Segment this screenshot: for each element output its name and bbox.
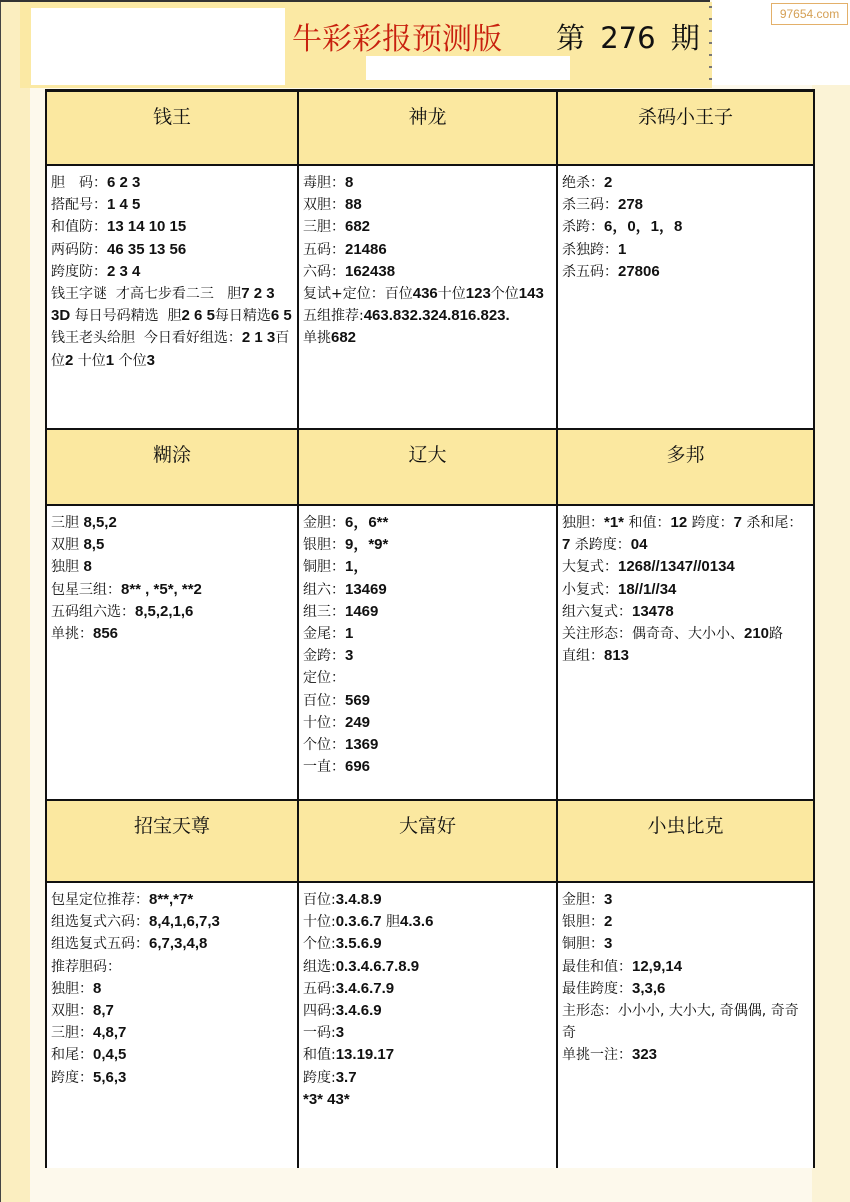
item-value: 8** , *5*, **2: [121, 581, 202, 598]
item-value: 12,9,14: [632, 958, 682, 975]
item-value: 3.4.8.9: [336, 891, 382, 908]
watermark: 97654.com: [771, 3, 848, 25]
list-item: 毒胆：8: [303, 172, 552, 194]
item-label: 小复式：: [562, 582, 618, 598]
list-item: 六码：162438: [303, 261, 552, 283]
item-value: 3: [147, 352, 155, 369]
item-label: 绝杀：: [562, 175, 604, 191]
list-item: 组选:0.3.4.6.7.8.9: [303, 956, 552, 978]
item-value: 3,3,6: [632, 980, 665, 997]
prediction-grid: 钱王 神龙 杀码小王子 胆 码：6 2 3搭配号：1 4 5和值防：13 14 …: [45, 89, 815, 1168]
list-item: 个位：1369: [303, 734, 552, 756]
item-label: 十位: [438, 286, 466, 302]
item-label: 胆 码：: [51, 175, 107, 191]
section-header-duobang: 多邦: [557, 429, 814, 505]
issue-number: 第 276 期: [556, 16, 700, 57]
item-value: *3* 43*: [303, 1091, 350, 1108]
list-item: 银胆：9，*9*: [303, 534, 552, 556]
item-value: 8: [83, 558, 91, 575]
item-label: 跨度:: [303, 1070, 336, 1086]
section-body: 金胆：6，6**银胆：9，*9*铜胆：1，组六：13469组三：1469金尾：1…: [298, 505, 557, 800]
item-label: 一直：: [303, 759, 345, 775]
section-header-dafuhao: 大富好: [298, 800, 557, 882]
item-label: 杀三码：: [562, 197, 618, 213]
list-item: 和尾：0,4,5: [51, 1044, 293, 1066]
item-value: 3.7: [336, 1069, 357, 1086]
item-value: 3: [604, 891, 612, 908]
section-header-hutu: 糊涂: [46, 429, 298, 505]
item-label: 杀五码：: [562, 264, 618, 280]
item-label: 大复式：: [562, 559, 618, 575]
item-label: 金跨：: [303, 648, 345, 664]
item-label: 搭配号：: [51, 197, 107, 213]
item-label: 银胆：: [303, 537, 345, 553]
list-item: 推荐胆码：: [51, 956, 293, 978]
section-header-zhaobaotianzun: 招宝天尊: [46, 800, 298, 882]
item-value: 2: [604, 913, 612, 930]
item-label: 钱王字谜 才高七步看二三 胆: [51, 286, 241, 302]
list-item: 独胆 8: [51, 556, 293, 578]
item-label: 百位：: [303, 693, 345, 709]
list-item: 3D 每日号码精选 胆2 6 5每日精选6 5: [51, 305, 293, 327]
item-label: 独胆：: [562, 515, 604, 531]
item-label: 最佳跨度：: [562, 981, 632, 997]
item-value: 162438: [345, 263, 395, 280]
item-value: 2 1 3: [242, 329, 275, 346]
list-item: 和值:13.19.17: [303, 1044, 552, 1066]
list-item: 百位:3.4.8.9: [303, 889, 552, 911]
list-item: 包星定位推荐：8**,*7*: [51, 889, 293, 911]
item-value: 569: [345, 692, 370, 709]
item-label: 金胆：: [562, 892, 604, 908]
item-value: 13.19.17: [336, 1046, 394, 1063]
page-margin-right: [812, 85, 850, 1202]
item-value: 8,5,2: [83, 514, 116, 531]
item-value: 2 3 4: [107, 263, 140, 280]
item-value: 8**,*7*: [149, 891, 193, 908]
item-value: 123: [466, 285, 491, 302]
item-label: 和值:: [303, 1047, 336, 1063]
list-item: 三胆 8,5,2: [51, 512, 293, 534]
item-label: 组选复式五码：: [51, 936, 149, 952]
item-value: 8,7: [93, 1002, 114, 1019]
list-item: 个位:3.5.6.9: [303, 933, 552, 955]
item-value: 143: [519, 285, 544, 302]
item-label: 个位: [491, 286, 519, 302]
item-value: 1: [618, 241, 626, 258]
list-item: 三胆：682: [303, 216, 552, 238]
item-value: 463.832.324.816.823.: [364, 307, 510, 324]
item-value: 9，*9*: [345, 536, 388, 553]
item-value: 682: [331, 329, 356, 346]
item-label: 杀独跨：: [562, 242, 618, 258]
item-label: 跨度：: [51, 1070, 93, 1086]
list-item: 绝杀：2: [562, 172, 809, 194]
item-label: 铜胆：: [562, 936, 604, 952]
section-body: 金胆：3银胆：2铜胆：3最佳和值：12,9,14最佳跨度：3,3,6主形态：小小…: [557, 882, 814, 1168]
item-label: 两码防：: [51, 242, 107, 258]
item-value: 13 14 10 15: [107, 218, 186, 235]
list-item: 跨度防：2 3 4: [51, 261, 293, 283]
list-item: 十位:0.3.6.7 胆4.3.6: [303, 911, 552, 933]
item-value: 6，6**: [345, 514, 388, 531]
item-label: 组三：: [303, 604, 345, 620]
item-label: 十位：: [303, 715, 345, 731]
item-label: 杀跨：: [562, 219, 604, 235]
item-label: 直组：: [562, 648, 604, 664]
section-body: 胆 码：6 2 3搭配号：1 4 5和值防：13 14 10 15两码防：46 …: [46, 165, 298, 429]
item-value: 3: [336, 1024, 344, 1041]
list-item: 独胆：*1* 和值：12 跨度：7 杀和尾：7 杀跨度：04: [562, 512, 809, 556]
item-value: 13478: [632, 603, 674, 620]
item-value: 6 5: [271, 307, 292, 324]
item-value: 3.4.6.9: [336, 1002, 382, 1019]
item-label: 单挑一注：: [562, 1047, 632, 1063]
list-item: 跨度:3.7: [303, 1067, 552, 1089]
item-label: 十位: [73, 353, 105, 369]
item-label: 单挑：: [51, 626, 93, 642]
item-value: 46 35 13 56: [107, 241, 186, 258]
list-item: 直组：813: [562, 645, 809, 667]
list-item: 杀跨：6，0，1，8: [562, 216, 809, 238]
section-header-liaoda: 辽大: [298, 429, 557, 505]
item-value: *1*: [604, 514, 624, 531]
list-item: 一码:3: [303, 1022, 552, 1044]
section-body: 百位:3.4.8.9十位:0.3.6.7 胆4.3.6个位:3.5.6.9组选:…: [298, 882, 557, 1168]
item-label: 跨度防：: [51, 264, 107, 280]
item-value: 8,5,2,1,6: [135, 603, 193, 620]
item-label: 主形态：小小小, 大小大, 奇偶偶, 奇奇奇: [562, 1003, 799, 1041]
list-item: 百位：569: [303, 690, 552, 712]
item-value: 3D: [51, 307, 70, 324]
list-item: 最佳和值：12,9,14: [562, 956, 809, 978]
list-item: 钱王字谜 才高七步看二三 胆7 2 3: [51, 283, 293, 305]
list-item: 组选复式五码：6,7,3,4,8: [51, 933, 293, 955]
list-item: 五码：21486: [303, 239, 552, 261]
item-label: 四码:: [303, 1003, 336, 1019]
item-label: 金胆：: [303, 515, 345, 531]
list-item: 最佳跨度：3,3,6: [562, 978, 809, 1000]
item-label: 银胆：: [562, 914, 604, 930]
list-item: 铜胆：3: [562, 933, 809, 955]
item-label: 个位: [114, 353, 146, 369]
section-header-shenlong: 神龙: [298, 91, 557, 166]
item-label: 个位:: [303, 936, 336, 952]
item-label: 和尾：: [51, 1047, 93, 1063]
item-label: 包星定位推荐：: [51, 892, 149, 908]
item-value: 682: [345, 218, 370, 235]
list-item: 主形态：小小小, 大小大, 奇偶偶, 奇奇奇: [562, 1000, 809, 1044]
list-item: 金尾：1: [303, 623, 552, 645]
item-value: 0,4,5: [93, 1046, 126, 1063]
item-label: 复试+定位：百位: [303, 286, 413, 302]
list-item: 两码防：46 35 13 56: [51, 239, 293, 261]
item-value: 1: [106, 352, 114, 369]
item-label: 和值防：: [51, 219, 107, 235]
item-label: 组六：: [303, 582, 345, 598]
item-value: 696: [345, 758, 370, 775]
item-value: 3.4.6.7.9: [336, 980, 394, 997]
list-item: 组选复式六码：8,4,1,6,7,3: [51, 911, 293, 933]
item-value: 13469: [345, 581, 387, 598]
item-value: 5,6,3: [93, 1069, 126, 1086]
list-item: 杀五码：27806: [562, 261, 809, 283]
item-label: 每日精选: [215, 308, 271, 324]
item-value: 436: [413, 285, 438, 302]
item-value: 249: [345, 714, 370, 731]
list-item: 金胆：6，6**: [303, 512, 552, 534]
item-value: 4,8,7: [93, 1024, 126, 1041]
banner-blank-area: [31, 8, 285, 85]
item-value: 813: [604, 647, 629, 664]
section-body: 包星定位推荐：8**,*7*组选复式六码：8,4,1,6,7,3组选复式五码：6…: [46, 882, 298, 1168]
item-value: 1 4 5: [107, 196, 140, 213]
item-value: 8: [345, 174, 353, 191]
list-item: 双胆：8,7: [51, 1000, 293, 1022]
item-label: 杀和尾：: [742, 515, 802, 531]
list-item: 一直：696: [303, 756, 552, 778]
list-item: 单挑一注：323: [562, 1044, 809, 1066]
item-label: 独胆: [51, 559, 83, 575]
item-value: 1469: [345, 603, 378, 620]
item-label: 组六复式：: [562, 604, 632, 620]
list-item: 十位：249: [303, 712, 552, 734]
item-label: 五组推荐:: [303, 308, 364, 324]
item-value: 12: [670, 514, 687, 531]
item-value: 278: [618, 196, 643, 213]
list-item: 组三：1469: [303, 601, 552, 623]
item-value: 1，: [345, 558, 368, 575]
page-margin-left: [0, 0, 30, 1202]
item-value: 210: [744, 625, 769, 642]
item-value: 2: [604, 174, 612, 191]
item-value: 8,5: [83, 536, 104, 553]
list-item: 铜胆：1，: [303, 556, 552, 578]
list-item: *3* 43*: [303, 1089, 552, 1111]
item-value: 856: [93, 625, 118, 642]
page-edge: [0, 0, 1, 1202]
list-item: 搭配号：1 4 5: [51, 194, 293, 216]
list-item: 小复式：18//1//34: [562, 579, 809, 601]
item-label: 三胆：: [51, 1025, 93, 1041]
item-label: 和值：: [624, 515, 670, 531]
page-title: 牛彩彩报预测版: [292, 14, 502, 58]
item-value: 04: [631, 536, 648, 553]
list-item: 杀独跨：1: [562, 239, 809, 261]
banner-dotted-edge: [709, 6, 712, 82]
item-label: 五码组六选：: [51, 604, 135, 620]
list-item: 四码:3.4.6.9: [303, 1000, 552, 1022]
item-value: 27806: [618, 263, 660, 280]
item-value: 2 6 5: [182, 307, 215, 324]
list-item: 银胆：2: [562, 911, 809, 933]
item-label: 百位:: [303, 892, 336, 908]
item-value: 8: [93, 980, 101, 997]
item-label: 五码:: [303, 981, 336, 997]
item-label: 三胆: [51, 515, 83, 531]
list-item: 关注形态：偶奇奇、大小小、210路: [562, 623, 809, 645]
item-label: 最佳和值：: [562, 959, 632, 975]
section-body: 独胆：*1* 和值：12 跨度：7 杀和尾：7 杀跨度：04大复式：1268//…: [557, 505, 814, 800]
item-label: 六码：: [303, 264, 345, 280]
list-item: 钱王老头给胆 今日看好组选：2 1 3百位2 十位1 个位3: [51, 327, 293, 371]
item-label: 双胆: [51, 537, 83, 553]
item-value: 3: [345, 647, 353, 664]
item-label: 铜胆：: [303, 559, 345, 575]
list-item: 单挑682: [303, 327, 552, 349]
item-label: 推荐胆码：: [51, 959, 121, 975]
item-label: 组选复式六码：: [51, 914, 149, 930]
item-label: 组选:: [303, 959, 336, 975]
item-value: 1: [345, 625, 353, 642]
item-label: 每日号码精选 胆: [70, 308, 181, 324]
list-item: 组六复式：13478: [562, 601, 809, 623]
item-value: 6,7,3,4,8: [149, 935, 207, 952]
item-label: 双胆：: [303, 197, 345, 213]
list-item: 三胆：4,8,7: [51, 1022, 293, 1044]
item-label: 胆: [382, 914, 400, 930]
list-item: 金胆：3: [562, 889, 809, 911]
item-label: 十位:: [303, 914, 336, 930]
list-item: 五码:3.4.6.7.9: [303, 978, 552, 1000]
item-label: 跨度：: [687, 515, 733, 531]
item-label: 包星三组：: [51, 582, 121, 598]
list-item: 组六：13469: [303, 579, 552, 601]
section-header-shamaxiaowangzi: 杀码小王子: [557, 91, 814, 166]
item-label: 毒胆：: [303, 175, 345, 191]
section-header-xiaochongbike: 小虫比克: [557, 800, 814, 882]
item-value: 1268//1347//0134: [618, 558, 735, 575]
item-label: 独胆：: [51, 981, 93, 997]
item-label: 双胆：: [51, 1003, 93, 1019]
item-label: 路: [769, 626, 783, 642]
list-item: 独胆：8: [51, 978, 293, 1000]
item-value: 3.5.6.9: [336, 935, 382, 952]
item-value: 8,4,1,6,7,3: [149, 913, 220, 930]
list-item: 金跨：3: [303, 645, 552, 667]
list-item: 跨度：5,6,3: [51, 1067, 293, 1089]
list-item: 包星三组：8** , *5*, **2: [51, 579, 293, 601]
list-item: 胆 码：6 2 3: [51, 172, 293, 194]
list-item: 五码组六选：8,5,2,1,6: [51, 601, 293, 623]
item-value: 88: [345, 196, 362, 213]
item-value: 4.3.6: [400, 913, 433, 930]
item-label: 三胆：: [303, 219, 345, 235]
list-item: 双胆：88: [303, 194, 552, 216]
list-item: 五组推荐:463.832.324.816.823.: [303, 305, 552, 327]
item-value: 0.3.4.6.7.8.9: [336, 958, 419, 975]
section-body: 三胆 8,5,2双胆 8,5独胆 8包星三组：8** , *5*, **2五码组…: [46, 505, 298, 800]
item-value: 1369: [345, 736, 378, 753]
list-item: 定位：: [303, 667, 552, 689]
item-value: 0.3.6.7: [336, 913, 382, 930]
item-value: 6，0，1，8: [604, 218, 682, 235]
list-item: 杀三码：278: [562, 194, 809, 216]
item-label: 钱王老头给胆 今日看好组选：: [51, 330, 242, 346]
section-body: 毒胆：8双胆：88三胆：682五码：21486六码：162438复试+定位：百位…: [298, 165, 557, 429]
item-value: 323: [632, 1046, 657, 1063]
banner-blank-area: [366, 56, 570, 80]
item-label: 个位：: [303, 737, 345, 753]
item-value: 21486: [345, 241, 387, 258]
item-label: 定位：: [303, 670, 345, 686]
section-header-qianwang: 钱王: [46, 91, 298, 166]
list-item: 大复式：1268//1347//0134: [562, 556, 809, 578]
list-item: 复试+定位：百位436十位123个位143: [303, 283, 552, 305]
item-label: 一码:: [303, 1025, 336, 1041]
item-value: 3: [604, 935, 612, 952]
list-item: 单挑：856: [51, 623, 293, 645]
item-label: 关注形态：偶奇奇、大小小、: [562, 626, 744, 642]
item-value: 7: [734, 514, 742, 531]
item-value: 6 2 3: [107, 174, 140, 191]
item-label: 金尾：: [303, 626, 345, 642]
section-body: 绝杀：2杀三码：278杀跨：6，0，1，8杀独跨：1杀五码：27806: [557, 165, 814, 429]
item-value: 18//1//34: [618, 581, 676, 598]
item-value: 7 2 3: [241, 285, 274, 302]
list-item: 和值防：13 14 10 15: [51, 216, 293, 238]
item-label: 单挑: [303, 330, 331, 346]
item-label: 五码：: [303, 242, 345, 258]
list-item: 双胆 8,5: [51, 534, 293, 556]
item-label: 杀跨度：: [570, 537, 630, 553]
